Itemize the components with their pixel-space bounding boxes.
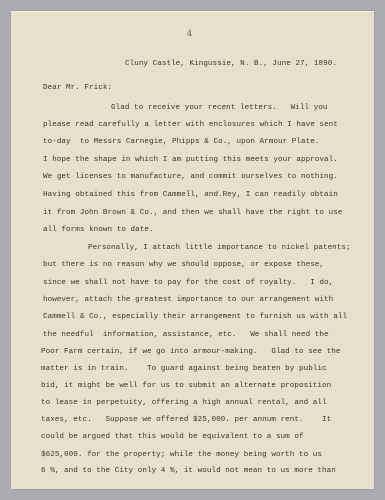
body-line: Personally, I attach little importance t… <box>88 243 351 253</box>
body-line: I hope the shape in which I am putting t… <box>43 155 338 165</box>
page-number-mark: 4 <box>187 29 192 38</box>
body-line: matter is in train. To guard against bei… <box>41 364 327 374</box>
body-line: but there is no reason why we should opp… <box>43 260 324 270</box>
body-line: the needful information, assistance, etc… <box>43 330 329 340</box>
body-line: it from John Brown & Co., and then we sh… <box>43 208 342 218</box>
body-line: since we shall not have to pay for the c… <box>43 278 333 288</box>
body-line: however, attach the greatest importance … <box>43 295 333 305</box>
body-line: could be argued that this would be equiv… <box>41 432 304 442</box>
body-line: Glad to receive your recent letters. Wil… <box>111 103 328 113</box>
body-line: bid, it might be well for us to submit a… <box>41 381 331 391</box>
body-line: 6 %, and to the City only 4 %, it would … <box>41 466 336 476</box>
body-line: all forms known to date. <box>43 225 154 235</box>
salutation: Dear Mr. Frick: <box>43 83 112 93</box>
body-line: taxes, etc. Suppose we offered $25,000. … <box>41 415 331 425</box>
dateline: Cluny Castle, Kingussie, N. B., June 27,… <box>125 59 337 69</box>
body-line: Cammell & Co., especially their arrangem… <box>43 312 347 322</box>
body-line: please read carefully a letter with encl… <box>43 120 338 130</box>
body-line: Poor Farm certain, if we go into armour-… <box>41 347 340 357</box>
body-line: to-day to Messrs Carnegie, Phipps & Co.,… <box>43 137 319 147</box>
body-line: to lease in perpetuity, offering a high … <box>41 398 327 408</box>
body-line: We get licenses to manufacture, and comm… <box>43 172 338 182</box>
body-line: $625,000. for the property; while the mo… <box>41 450 322 460</box>
body-line: Having obtained this from Cammell, and.R… <box>43 190 338 200</box>
